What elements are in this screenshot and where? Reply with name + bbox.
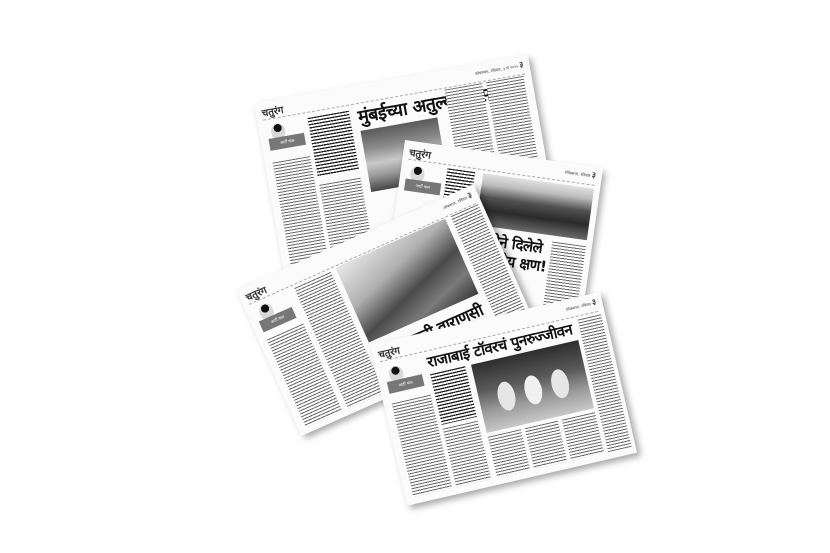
columnist-avatar: आर्टी वाल [266, 119, 309, 155]
text-column [488, 429, 531, 478]
newspaper-collage: चतुरंग लोकसत्ता, रविवार, ३ मे २०१५ ३ आर्… [0, 0, 830, 553]
text-column [562, 412, 605, 461]
page-number: ३ [518, 60, 524, 70]
columnist-avatar: आर्टी वाल [384, 360, 428, 398]
page-date: लोकसत्ता, रविवार [565, 170, 591, 179]
page-meta: लोकसत्ता, रविवार, ३ मे २०१५ ३ [475, 62, 524, 76]
text-column [525, 421, 568, 470]
column-masthead: चतुरंग [377, 343, 401, 362]
page-number: ३ [591, 297, 597, 307]
column-masthead: चतुरंग [408, 145, 432, 162]
page-date: लोकसत्ता, रविवार [442, 195, 467, 210]
page-meta: लोकसत्ता, रविवार ३ [565, 169, 597, 179]
page-number: ३ [466, 190, 473, 200]
column-masthead: चतुरंग [261, 102, 285, 120]
column-masthead: चतुरंग [243, 282, 269, 304]
columnist-avatar: आर्टी वाल [403, 165, 445, 200]
intro-text-column [307, 111, 359, 177]
intro-text-column [430, 366, 477, 425]
page-date: लोकसत्ता, रविवार [565, 301, 591, 312]
page-date: लोकसत्ता, रविवार, ३ मे २०१५ [475, 64, 519, 76]
page-number: ३ [591, 170, 596, 179]
columnist-tag: आर्टी वाल [404, 178, 441, 195]
page-meta: लोकसत्ता, रविवार ३ [565, 299, 597, 312]
